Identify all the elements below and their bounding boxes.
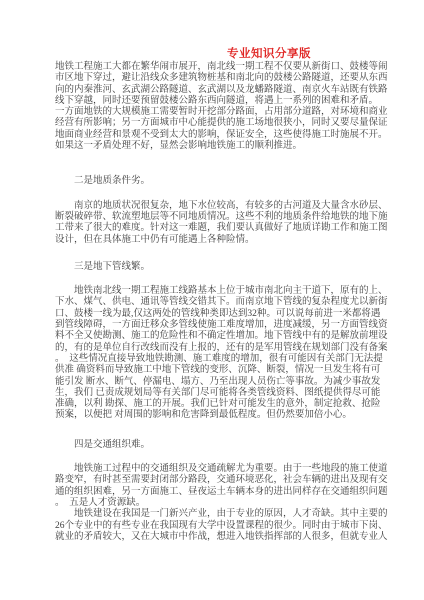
intro-paragraph-1: 地铁工程施工大都在繁华闹市展开，南北线一期工程不仅要从新街口、鼓楼等闹市区地下穿… — [55, 62, 389, 107]
text-line: 供准 确资料而导致施工中地下管线的变形、沉降、断裂，情况一旦发生将有可 — [55, 365, 389, 376]
pipelines-paragraph: 地铁南北线一期工程施工线路基本上位于城市南北向主干道下，原有的上、下水、煤气、供… — [55, 286, 389, 422]
text-line: 工带来了很大的难度。针对这一难题，我们要认真做好了地质详勘工作和施工图 — [55, 223, 389, 234]
text-line: 地铁施工过程中的交通组织及交通疏解尤为重要。由于一些地段的施工使道 — [55, 464, 389, 475]
text-line: 断裂破碎带、软流塑地层等不同地质情况。这些不利的地质条件给地铁的地下施 — [55, 212, 389, 223]
text-line: 四是交通组织难。 — [55, 440, 389, 451]
heading-4: 四是交通组织难。 — [55, 440, 389, 451]
text-line: 向的内秦淮河、玄武湖公路隧道、玄武湖以及龙蟠路隧道、南京火车站既有铁路 — [55, 85, 389, 96]
text-line: 准确，以利 勘探、施工的开展。我们已针对可能发生的意外，制定抢救、抢险 — [55, 399, 389, 410]
text-line: 能引发 断水、断气、停漏电、塌方、乃至出现人员伤亡等事故。为减少事故发 — [55, 377, 389, 388]
traffic-paragraph: 地铁施工过程中的交通组织及交通疏解尤为重要。由于一些地段的施工使道路变窄，有时甚… — [55, 464, 389, 509]
text-line: 地铁南北线一期工程施工线路基本上位于城市南北向主干道下，原有的上、 — [55, 286, 389, 297]
heading-3: 三是地下管线繁。 — [55, 262, 389, 273]
text-line: 预案，以便把 对周围的影响和危害降到最低程度。但仍然要加倍小心。 — [55, 410, 389, 421]
document-body: 地铁工程施工大都在繁华闹市展开，南北线一期工程不仅要从新街口、鼓楼等闹市区地下穿… — [55, 62, 389, 543]
text-line: 线下穿越，同时还要预留鼓楼公路东西向隧道，将遇上一系列的困难和矛盾。 — [55, 96, 389, 107]
text-line: 。 五是人才资源缺。 — [55, 498, 389, 509]
heading-2: 二是地质条件劣。 — [55, 176, 389, 187]
text-line: 三是地下管线繁。 — [55, 262, 389, 273]
text-line: 市区地下穿过，避让沿线众多建筑物桩基和南北向的鼓楼公路隧道，还要从东西 — [55, 73, 389, 84]
text-line: 就业的矛盾较大，又在大城市中作战，想进入地铁指挥部的人很多，但就专业人 — [55, 532, 389, 543]
text-line: 如果这一矛盾处理不好，显然会影响地铁施工的顺利推进。 — [55, 141, 389, 152]
text-line: 路变窄，有时甚至需要封闭部分路段，交通环境恶化，社会车辆的进出及现有交 — [55, 475, 389, 486]
text-line: 一方面地铁的大规模施工需要暂时开挖部分路面，占用部分道路，对环境和商业 — [55, 107, 389, 118]
text-line: 地铁工程施工大都在繁华闹市展开，南北线一期工程不仅要从新街口、鼓楼等闹 — [55, 62, 389, 73]
text-line: 口、鼓楼一线为最,仅这两处的管线种类即达到32种。可以说每前进一米都将遇 — [55, 309, 389, 320]
text-line: 到管线障碍，一方面迁移众多管线使施工难度增加，进度减缓，另一方面管线资 — [55, 320, 389, 331]
text-line: 经营有所影响；另一方面城市中心能提供的施工场地很狭小，同时又要尽量保证 — [55, 118, 389, 129]
talent-paragraph: 地铁建设在我国是一门新兴产业，由于专业的原因，人才奇缺。其中主要的26个专业中的… — [55, 509, 389, 543]
text-line: 生，我们 已责成规划局等有关部门尽可能将各类管线资料、图纸提供得尽可能 — [55, 388, 389, 399]
document-page: 专业知识分享版 地铁工程施工大都在繁华闹市展开，南北线一期工程不仅要从新街口、鼓… — [0, 0, 424, 600]
text-line: 二是地质条件劣。 — [55, 176, 389, 187]
text-line: 的，有的是单位自行改线而没有上报的，还有的是军用管线在规划部门没有备案 — [55, 343, 389, 354]
text-line: 地面商业经营和景观不受到太大的影响，保证安全，这些使得施工时施展不开。 — [55, 130, 389, 141]
text-line: 设计，但在具体施工中仍有可能遇上各种险情。 — [55, 235, 389, 246]
text-line: 南京的地质状况很复杂，地下水位较高，有较多的古河道及大量含水砂层、 — [55, 201, 389, 212]
text-line: 下水、煤气、供电、通讯等管线交错其下。而南京地下管线的复杂程度尤以新街 — [55, 297, 389, 308]
text-line: 地铁建设在我国是一门新兴产业，由于专业的原因，人才奇缺。其中主要的 — [55, 509, 389, 520]
intro-paragraph-2: 一方面地铁的大规模施工需要暂时开挖部分路面，占用部分道路，对环境和商业经营有所影… — [55, 107, 389, 152]
text-line: 料不全又使勘测、施工的危险性和不确定性增加。地下管线中有的是解放前埋设 — [55, 331, 389, 342]
text-line: 26个专业中的有些专业在我国现有大学中设置课程的很少。同时由于城市下岗、 — [55, 521, 389, 532]
page-title: 专业知识分享版 — [227, 45, 311, 61]
text-line: 通的组织困难，另一方面施工、昼夜运土车辆本身的进出同样存在交通组织问题 — [55, 487, 389, 498]
text-line: 。 这些情况直接导致地铁勘测、施工难度的增加，很有可能因有关部门无法提 — [55, 354, 389, 365]
geology-paragraph: 南京的地质状况很复杂，地下水位较高，有较多的古河道及大量含水砂层、断裂破碎带、软… — [55, 201, 389, 246]
